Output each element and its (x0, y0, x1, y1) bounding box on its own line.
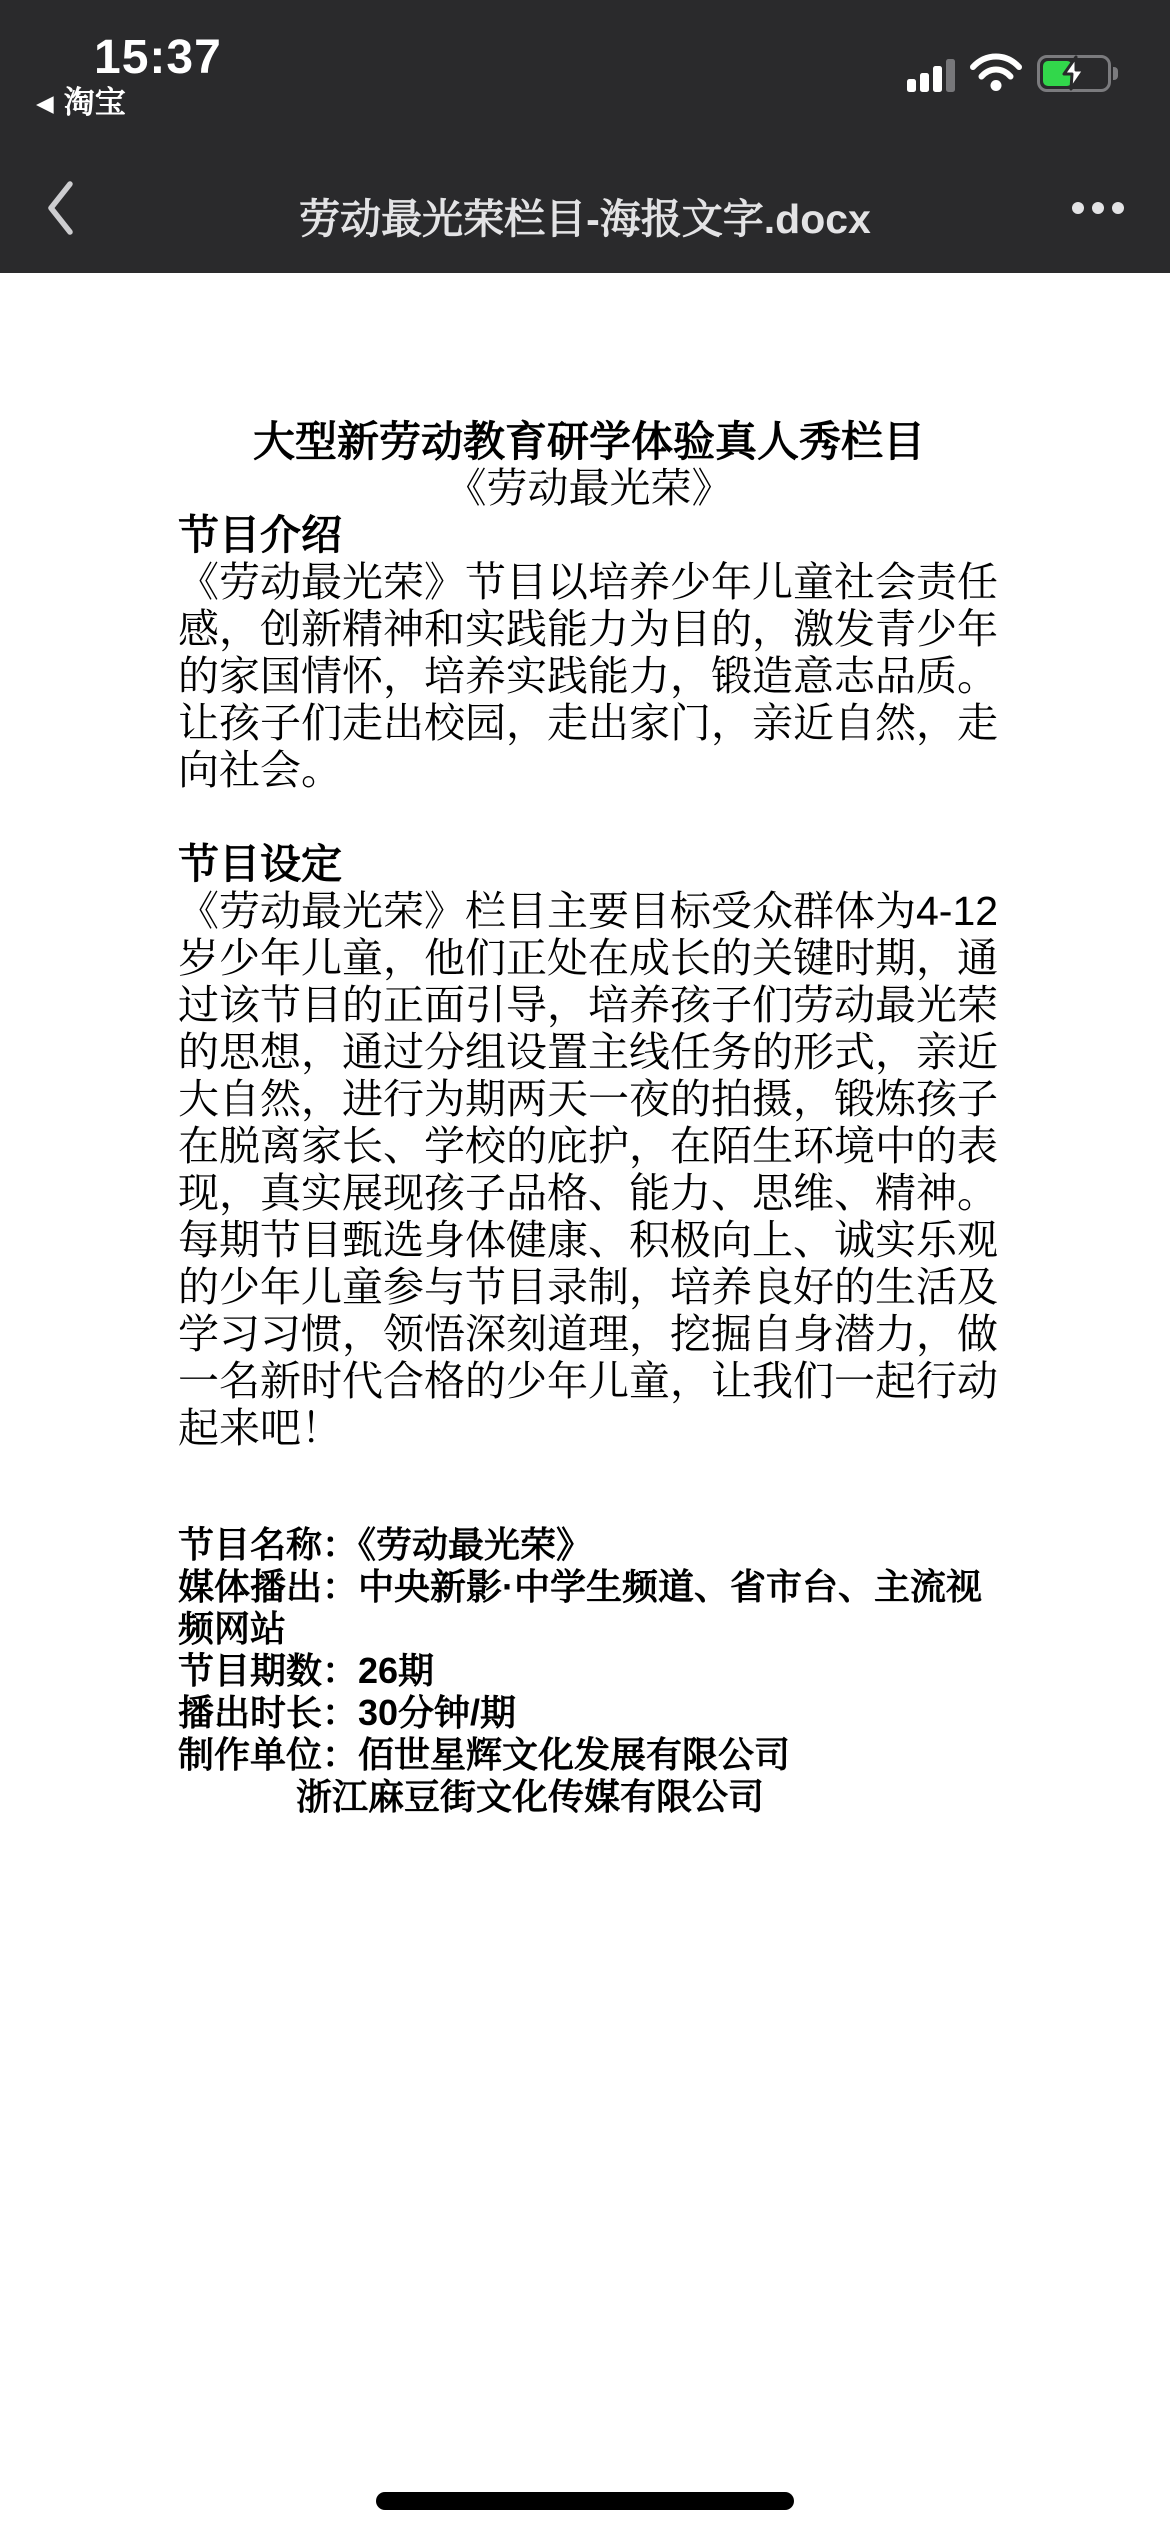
more-options-button[interactable] (1072, 202, 1124, 214)
dot (1112, 202, 1124, 214)
body-line: 起来吧！ (178, 1405, 1000, 1452)
body-line: 让孩子们走出校园，走出家门，亲近自然，走 (178, 700, 1000, 747)
status-icons (907, 54, 1118, 92)
body-line: 的思想，通过分组设置主线任务的形式，亲近 (178, 1029, 1000, 1076)
breadcrumb-app-label: 淘宝 (64, 86, 126, 120)
section-heading-setting: 节目设定 (178, 841, 1000, 888)
producer-line-2: 浙江麻豆街文化传媒有限公司 (178, 1776, 1000, 1818)
body-line: 岁少年儿童，他们正处在成长的关键时期，通 (178, 935, 1000, 982)
body-line: 的家国情怀，培养实践能力，锻造意志品质。 (178, 653, 1000, 700)
battery-charging-icon (1037, 54, 1118, 92)
doc-subtitle: 《劳动最光荣》 (178, 465, 1000, 512)
body-line: 的少年儿童参与节目录制，培养良好的生活及 (178, 1264, 1000, 1311)
body-line: 向社会。 (178, 747, 1000, 794)
dot (1072, 202, 1084, 214)
info-line: 频网站 (178, 1608, 1000, 1650)
info-line: 节目名称：《劳动最光荣》 (178, 1524, 1000, 1566)
document-page: 大型新劳动教育研学体验真人秀栏目 《劳动最光荣》 节目介绍 《劳动最光荣》节目以… (0, 273, 1170, 1818)
back-to-app-breadcrumb[interactable]: ◀ 淘宝 (36, 86, 126, 120)
section-body-setting: 《劳动最光荣》栏目主要目标受众群体为4-12岁少年儿童，他们正处在成长的关键时期… (178, 888, 1000, 1452)
info-line: 节目期数：26期 (178, 1650, 1000, 1692)
home-indicator[interactable] (376, 2492, 794, 2510)
dot (1092, 202, 1104, 214)
body-line: 在脱离家长、学校的庇护，在陌生环境中的表 (178, 1123, 1000, 1170)
blank-line (178, 794, 1000, 841)
cellular-signal-icon (907, 54, 955, 92)
body-line: 《劳动最光荣》节目以培养少年儿童社会责任 (178, 559, 1000, 606)
body-line: 每期节目甄选身体健康、积极向上、诚实乐观 (178, 1217, 1000, 1264)
body-line: 感，创新精神和实践能力为目的，激发青少年 (178, 606, 1000, 653)
back-triangle-icon: ◀ (36, 86, 54, 120)
body-line: 现，真实展现孩子品格、能力、思维、精神。 (178, 1170, 1000, 1217)
section-body-intro: 《劳动最光荣》节目以培养少年儿童社会责任感，创新精神和实践能力为目的，激发青少年… (178, 559, 1000, 794)
info-line: 播出时长：30分钟/期 (178, 1692, 1000, 1734)
charging-bolt-icon (1059, 55, 1089, 91)
section-heading-intro: 节目介绍 (178, 512, 1000, 559)
battery-body (1037, 55, 1111, 92)
battery-cap (1113, 67, 1118, 80)
body-line: 《劳动最光荣》栏目主要目标受众群体为4-12 (178, 888, 1000, 935)
body-line: 一名新时代合格的少年儿童，让我们一起行动 (178, 1358, 1000, 1405)
status-time: 15:37 (94, 30, 222, 85)
document-viewport[interactable]: 大型新劳动教育研学体验真人秀栏目 《劳动最光荣》 节目介绍 《劳动最光荣》节目以… (0, 273, 1170, 2532)
header-bar: 15:37 ◀ 淘宝 劳动最光荣栏目-海报文字.docx (0, 0, 1170, 273)
body-line: 大自然，进行为期两天一夜的拍摄，锻炼孩子 (178, 1076, 1000, 1123)
wifi-icon (969, 53, 1023, 92)
body-line: 过该节目的正面引导，培养孩子们劳动最光荣 (178, 982, 1000, 1029)
doc-main-title: 大型新劳动教育研学体验真人秀栏目 (178, 418, 1000, 465)
document-title-bar: 劳动最光荣栏目-海报文字.docx (0, 186, 1170, 245)
body-line: 学习习惯，领悟深刻道理，挖掘自身潜力，做 (178, 1311, 1000, 1358)
program-info-block: 节目名称：《劳动最光荣》媒体播出：中央新影·中学生频道、省市台、主流视频网站节目… (178, 1524, 1000, 1818)
info-line: 制作单位：佰世星辉文化发展有限公司 (178, 1734, 1000, 1776)
info-line: 媒体播出：中央新影·中学生频道、省市台、主流视 (178, 1566, 1000, 1608)
